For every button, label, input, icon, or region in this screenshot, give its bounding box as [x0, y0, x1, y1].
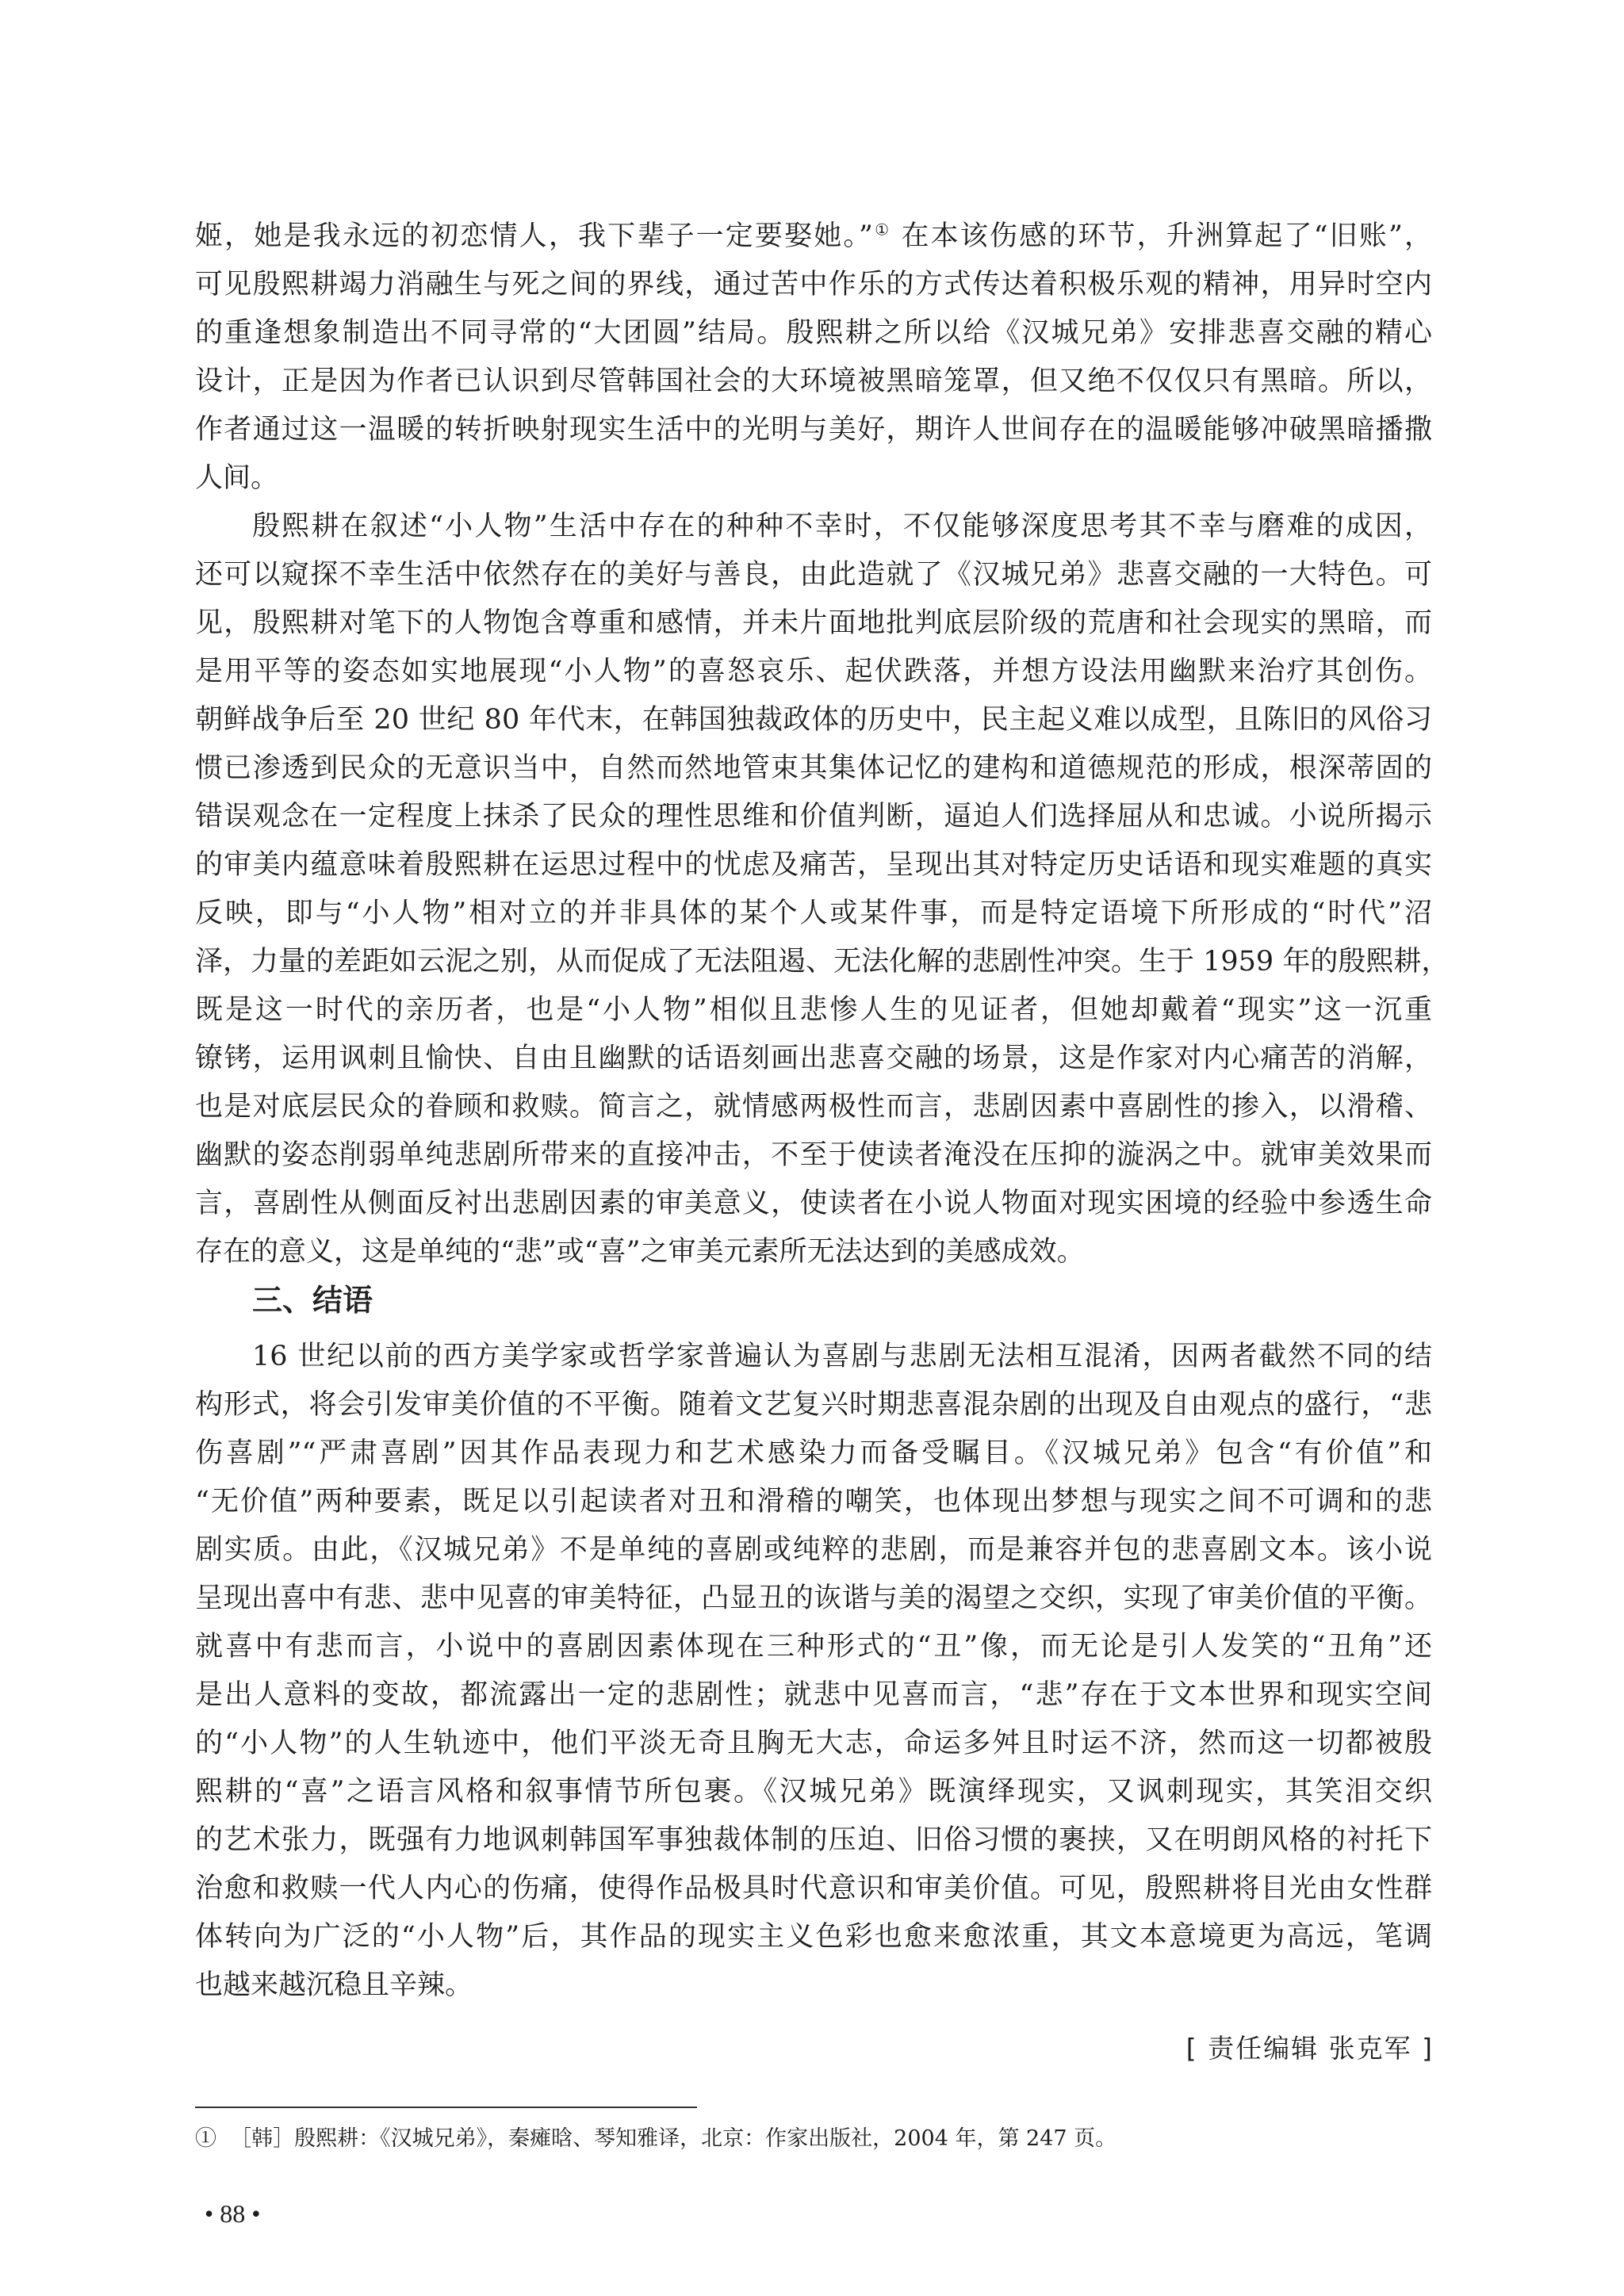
text-line: 镣铐，运用讽刺且愉快、自由且幽默的话语刻画出悲喜交融的场景，这是作家对内心痛苦的… [195, 1038, 1432, 1079]
text-line: 是出人意料的变故，都流露出一定的悲剧性；就悲中见喜而言，“悲”存在于文本世界和现… [195, 1674, 1432, 1716]
text-line: 还可以窥探不幸生活中依然存在的美好与善良，由此造就了《汉城兄弟》悲喜交融的一大特… [195, 554, 1432, 595]
text-line: 泽，力量的差距如云泥之别，从而促成了无法阻遏、无法化解的悲剧性冲突。生于 195… [195, 941, 1432, 982]
text-line: 可见殷熙耕竭力消融生与死之间的界线，通过苦中作乐的方式传达着积极乐观的精神，用异… [195, 264, 1432, 305]
text-line: 呈现出喜中有悲、悲中见喜的审美特征，凸显丑的诙谐与美的渴望之交织，实现了审美价值… [195, 1578, 1432, 1619]
text-line: 熙耕的“喜”之语言风格和叙事情节所包裹。《汉城兄弟》既演绎现实，又讽刺现实，其笑… [195, 1771, 1432, 1812]
text-line: 惯已渗透到民众的无意识当中，自然而然地管束其集体记忆的建构和道德规范的形成，根深… [195, 748, 1432, 789]
footnote-marker: ① [195, 2126, 216, 2151]
text-line: 也越来越沉稳且辛辣。 [195, 1965, 1432, 2006]
text-line: 作者通过这一温暖的转折映射现实生活中的光明与美好，期许人世间存在的温暖能够冲破黑… [195, 409, 1432, 450]
text-line: 构形式，将会引发审美价值的不平衡。随着文艺复兴时期悲喜混杂剧的出现及自由观点的盛… [195, 1384, 1432, 1425]
footnote: ① ［韩］殷熙耕：《汉城兄弟》，秦瘫晗、琴知雅译，北京：作家出版社，2004 年… [195, 2123, 1116, 2155]
text-line: 伤喜剧”“严肃喜剧”因其作品表现力和艺术感染力而备受瞩目。《汉城兄弟》包含“有价… [195, 1433, 1432, 1474]
footnote-ref[interactable]: ① [873, 220, 891, 239]
text-line: 的重逢想象制造出不同寻常的“大团圆”结局。殷熙耕之所以给《汉城兄弟》安排悲喜交融… [195, 312, 1432, 354]
text-line: 殷熙耕在叙述“小人物”生活中存在的种种不幸时，不仅能够深度思考其不幸与磨难的成因… [252, 506, 1432, 547]
text-line: 16 世纪以前的西方美学家或哲学家普遍认为喜剧与悲剧无法相互混淆，因两者截然不同… [252, 1336, 1432, 1377]
text-line: 的艺术张力，既强有力地讽刺韩国军事独裁体制的压迫、旧俗习惯的裹挟，又在明朗风格的… [195, 1820, 1432, 1861]
text-line: 也是对底层民众的眷顾和救赎。简言之，就情感两极性而言，悲剧因素中喜剧性的掺入，以… [195, 1086, 1432, 1127]
text-line: 设计，正是因为作者已认识到尽管韩国社会的大环境被黑暗笼罩，但又绝不仅仅只有黑暗。… [195, 361, 1432, 402]
text-line: 的审美内蕴意味着殷熙耕在运思过程中的忧虑及痛苦，呈现出其对特定历史话语和现实难题… [195, 844, 1432, 886]
text-line: 言，喜剧性从侧面反衬出悲剧因素的审美意义，使读者在小说人物面对现实困境的经验中参… [195, 1183, 1432, 1224]
section-heading: 三、结语 [252, 1280, 373, 1321]
text-line: 朝鲜战争后至 20 世纪 80 年代末，在韩国独裁政体的历史中，民主起义难以成型… [195, 699, 1432, 740]
text-line: 既是这一时代的亲历者，也是“小人物”相似且悲惨人生的见证者，但她却戴着“现实”这… [195, 989, 1432, 1031]
text-line: 存在的意义，这是单纯的“悲”或“喜”之审美元素所无法达到的美感成效。 [195, 1231, 1432, 1272]
footnote-divider [195, 2107, 697, 2108]
editor-credit: [ 责任编辑 张克军 ] [1186, 2030, 1434, 2068]
text-segment: 在本该伤感的环节，升洲算起了“旧账”， [901, 220, 1432, 252]
text-line: “无价值”两种要素，既足以引起读者对丑和滑稽的嘲笑，也体现出梦想与现实之间不可调… [195, 1481, 1432, 1522]
text-line: 姬，她是我永远的初恋情人，我下辈子一定要娶她。”① 在本该伤感的环节，升洲算起了… [195, 216, 1432, 257]
text-line: 治愈和救赎一代人内心的伤痛，使得作品极具时代意识和审美价值。可见，殷熙耕将目光由… [195, 1868, 1432, 1909]
text-line: 人间。 [195, 457, 1432, 499]
text-line: 错误观念在一定程度上抹杀了民众的理性思维和价值判断，逼迫人们选择屈从和忠诚。小说… [195, 796, 1432, 837]
text-segment: 姬，她是我永远的初恋情人，我下辈子一定要娶她。” [195, 220, 873, 252]
text-line: 幽默的姿态削弱单纯悲剧所带来的直接冲击，不至于使读者淹没在压抑的漩涡之中。就审美… [195, 1135, 1432, 1176]
text-line: 的“小人物”的人生轨迹中，他们平淡无奇且胸无大志，命运多舛且时运不济，然而这一切… [195, 1723, 1432, 1764]
footnote-text: ［韩］殷熙耕：《汉城兄弟》，秦瘫晗、琴知雅译，北京：作家出版社，2004 年，第… [230, 2126, 1116, 2151]
page-number: • 88 • [205, 2196, 260, 2231]
text-line: 是用平等的姿态如实地展现“小人物”的喜怒哀乐、起伏跌落，并想方设法用幽默来治疗其… [195, 651, 1432, 692]
text-line: 就喜中有悲而言，小说中的喜剧因素体现在三种形式的“丑”像，而无论是引人发笑的“丑… [195, 1626, 1432, 1667]
text-line: 反映，即与“小人物”相对立的并非具体的某个人或某件事，而是特定语境下所形成的“时… [195, 893, 1432, 934]
text-line: 体转向为广泛的“小人物”后，其作品的现实主义色彩也愈来愈浓重，其文本意境更为高远… [195, 1916, 1432, 1957]
text-line: 见，殷熙耕对笔下的人物饱含尊重和感情，并未片面地批判底层阶级的荒唐和社会现实的黑… [195, 603, 1432, 644]
text-line: 剧实质。由此，《汉城兄弟》不是单纯的喜剧或纯粹的悲剧，而是兼容并包的悲喜剧文本。… [195, 1529, 1432, 1571]
